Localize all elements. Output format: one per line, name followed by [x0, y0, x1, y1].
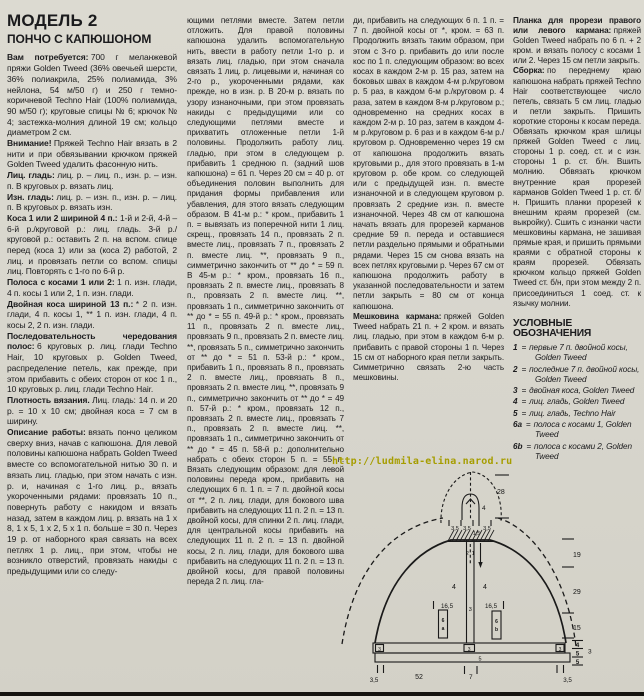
legend-equals: = — [526, 442, 531, 451]
column-1: МОДЕЛЬ 2 ПОНЧО С КАПЮШОНОМ Вам потребует… — [7, 14, 177, 577]
bottom-width-label: 52 — [415, 674, 423, 681]
legend-text: полоса с косами 2, Golden Tweed — [534, 442, 632, 461]
legend-item: 1=первые 7 п. двойной косы, Golden Tweed — [513, 343, 641, 364]
poncho-schematic: 28 4 3,5 3,5 1,5 3,5 — [330, 462, 610, 696]
column-3: ди, прибавить на следующих 6 п. 1 п. = 7… — [353, 16, 504, 383]
hem-square-label: 3 — [468, 647, 471, 653]
legend-key: 4 — [513, 397, 517, 406]
legend-item: 3=двойная коса, Golden Tweed — [513, 386, 641, 396]
hood-width-label: 1,5 — [473, 531, 481, 537]
paragraph-reverse-stockinette: Изн. гладь:лиц. р. – изн. п., изн. р. – … — [7, 192, 177, 213]
legend-key: 5 — [513, 409, 517, 418]
run-in-heading: Плотность вязания. — [7, 395, 90, 405]
pocket-b-label: b — [495, 627, 498, 633]
paragraph-materials: Вам потребуется:700 г меланжевой пряжи G… — [7, 52, 177, 138]
paragraph-cable: Коса 1 или 2 шириной 4 п.:1-й и 2-й, 4-й… — [7, 213, 177, 277]
area-left-label: 4 — [452, 584, 456, 591]
legend-item: 5=лиц. гладь, Techno Hair — [513, 409, 641, 419]
page-edge-margin — [0, 696, 644, 700]
legend-key: 2 — [513, 365, 517, 374]
pocket-b-label: 6 — [495, 619, 498, 625]
paragraph-stripe-sequence: Последовательность чередования полос:6 к… — [7, 331, 177, 395]
pocket-a-label: 6 — [442, 618, 445, 624]
bottom-width-label: 7 — [469, 674, 473, 681]
pocket-length-label: 16,5 — [485, 603, 498, 610]
run-in-heading: Коса 1 или 2 шириной 4 п.: — [7, 213, 118, 223]
paragraph-instructions-cont: ющими петлями вместе. Затем петли отложи… — [187, 16, 344, 587]
hem-height-scale: 4 3 5 5 — [572, 641, 592, 666]
run-in-heading: Вам потребуется: — [7, 52, 88, 62]
bottom-width-scale: 3,5 52 7 3,5 — [370, 665, 573, 684]
paragraph-stockinette: Лиц. гладь:лиц. р. – лиц. п., изн. р. – … — [7, 170, 177, 191]
run-in-heading: Внимание! — [7, 138, 51, 148]
bottom-width-label: 3,5 — [370, 677, 379, 684]
legend-text: полоса с косами 1, Golden Tweed — [534, 420, 632, 439]
paragraph-instructions: Описание работы:вязать пончо целиком све… — [7, 427, 177, 577]
side-height-label: 29 — [573, 589, 581, 596]
run-in-heading: Мешковина кармана: — [353, 312, 441, 321]
legend-text: первые 7 п. двойной косы, Golden Tweed — [529, 343, 628, 362]
pocket-a-label: a — [442, 626, 445, 632]
hood-area-label: 4 — [482, 505, 486, 512]
legend-title: УСЛОВНЫЕ ОБОЗНАЧЕНИЯ — [513, 319, 641, 339]
hem-band-label: 5 — [478, 657, 481, 663]
paragraph-instructions-cont2: ди, прибавить на следующих 6 п. 1 п. = 7… — [353, 16, 504, 312]
hood-height-label: 28 — [497, 489, 505, 496]
legend-equals: = — [521, 365, 526, 374]
run-in-heading: Изн. гладь: — [7, 192, 54, 202]
legend-key: 3 — [513, 386, 517, 395]
direction-arrow-icon — [478, 543, 482, 568]
legend-key: 1 — [513, 343, 517, 352]
legend-text: лиц. гладь, Golden Tweed — [529, 397, 624, 406]
legend-text: двойная коса, Golden Tweed — [529, 386, 634, 395]
legend-equals: = — [521, 397, 526, 406]
legend-item: 6a=полоса с косами 1, Golden Tweed — [513, 420, 641, 441]
pocket-length-label: 16,5 — [441, 603, 454, 610]
bottom-width-label: 3,5 — [563, 677, 572, 684]
paragraph-pocket-band: Планка для прорези правого или левого ка… — [513, 16, 641, 66]
legend-equals: = — [521, 409, 526, 418]
hem-square-label: 3 — [559, 647, 562, 653]
body-region-labels: 2 1 4 4 3 — [452, 551, 487, 613]
page-subtitle: ПОНЧО С КАПЮШОНОМ — [7, 34, 177, 45]
legend-equals: = — [521, 386, 526, 395]
poncho-body-outline — [342, 518, 576, 646]
column-2: ющими петлями вместе. Затем петли отложи… — [187, 16, 344, 587]
side-height-label: 15 — [573, 625, 581, 632]
hood-outline — [441, 472, 501, 523]
paragraph-gauge: Плотность вязания.Лиц. гладь: 14 п. и 20… — [7, 395, 177, 427]
legend-item: 6b=полоса с косами 2, Golden Tweed — [513, 442, 641, 463]
run-in-heading: Сборка: — [513, 66, 545, 75]
legend-text: лиц. гладь, Techno Hair — [529, 409, 615, 418]
paragraph-double-cable: Двойная коса шириной 13 п.:* 2 п. изн. г… — [7, 299, 177, 331]
hem-bands: 3 3 3 5 — [373, 643, 570, 663]
run-in-heading: Двойная коса шириной 13 п.: — [7, 299, 133, 309]
legend-text: последние 7 п. двойной косы, Golden Twee… — [529, 365, 639, 384]
column-4: Планка для прорези правого или левого ка… — [513, 16, 641, 463]
schematic-container: 28 4 3,5 3,5 1,5 3,5 — [330, 462, 610, 700]
cable-center-label: 3 — [469, 607, 472, 613]
run-in-heading: Лиц. гладь: — [7, 170, 55, 180]
side-height-label: 19 — [573, 552, 581, 559]
hem-height-label: 3 — [588, 649, 592, 656]
paragraph-pocket-lining: Мешковина кармана:пряжей Golden Tweed на… — [353, 312, 504, 383]
paragraph-attention: Внимание!Пряжей Techno Hair вязать в 2 н… — [7, 138, 177, 170]
band-top-right-label: 1 — [472, 551, 475, 557]
paragraph-assembly: Сборка:по переднему краю капюшона набрат… — [513, 66, 641, 308]
run-in-heading: Полоса с косами 1 или 2: — [7, 277, 115, 287]
legend-item: 2=последние 7 п. двойной косы, Golden Tw… — [513, 365, 641, 386]
run-in-heading: Описание работы: — [7, 427, 86, 437]
area-right-label: 4 — [483, 584, 487, 591]
legend-key: 6a — [513, 420, 522, 429]
scanned-pattern-page: МОДЕЛЬ 2 ПОНЧО С КАПЮШОНОМ Вам потребует… — [0, 0, 644, 700]
legend-key: 6b — [513, 442, 522, 451]
legend-equals: = — [526, 420, 531, 429]
page-title: МОДЕЛЬ 2 — [7, 16, 177, 27]
paragraph-cable-strip: Полоса с косами 1 или 2:1 п. изн. глади,… — [7, 277, 177, 298]
band-top-left-label: 2 — [466, 551, 469, 557]
side-height-scale: 19 29 15 — [562, 539, 581, 638]
legend-equals: = — [521, 343, 526, 352]
hem-square-label: 3 — [378, 647, 381, 653]
legend-item: 4=лиц. гладь, Golden Tweed — [513, 397, 641, 407]
